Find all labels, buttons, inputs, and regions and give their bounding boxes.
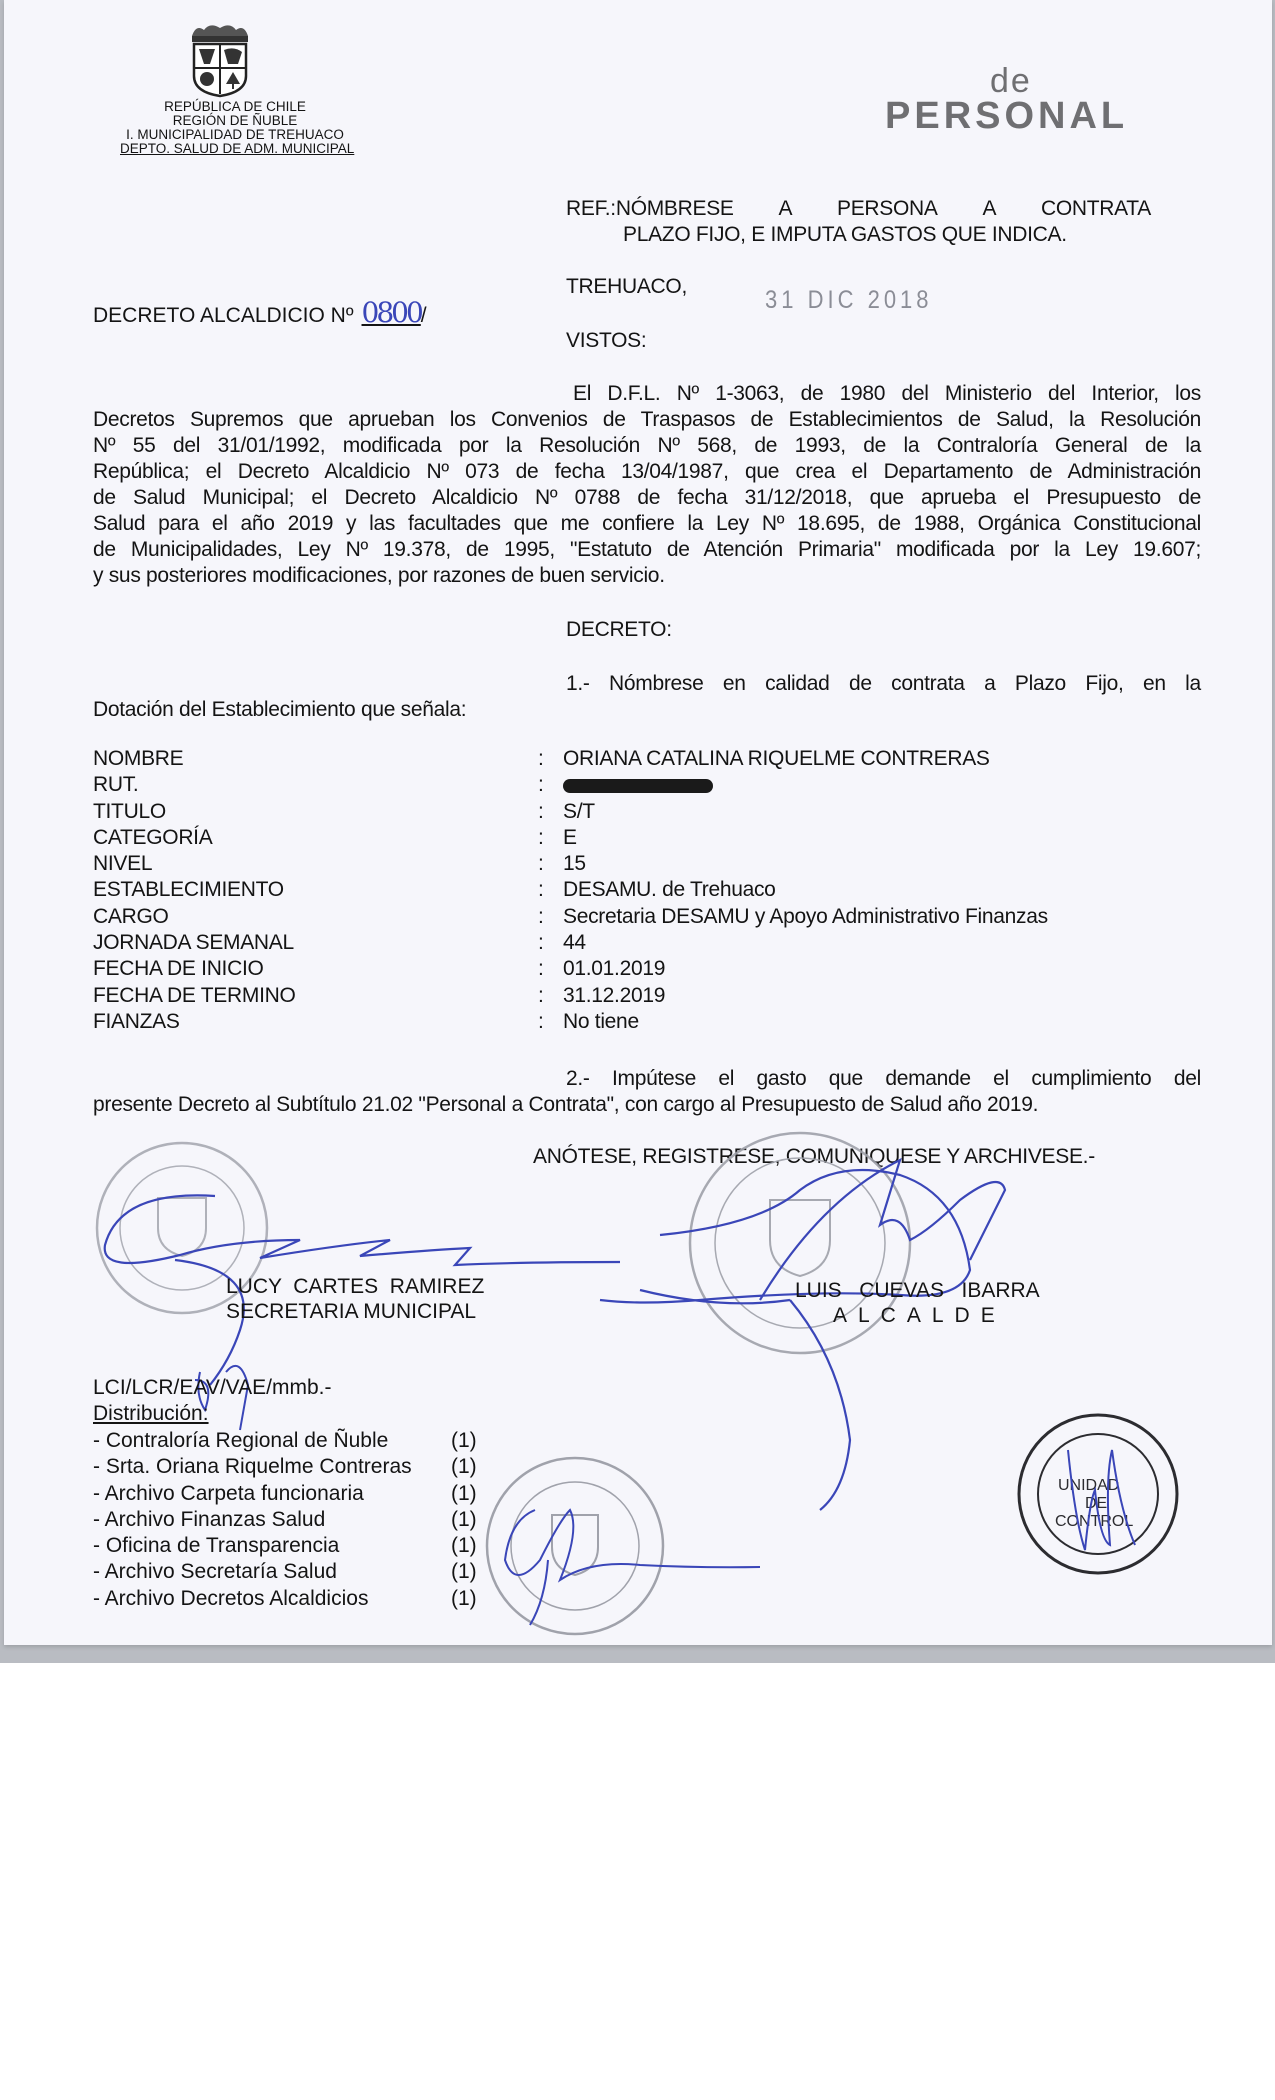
copies: (1) — [451, 1533, 477, 1559]
stamp-main-text: PERSONAL — [885, 95, 1128, 138]
word: Nómbrese — [609, 671, 703, 697]
header-line: DEPTO. SALUD DE ADM. MUNICIPAL — [120, 142, 350, 156]
field-label: FECHA DE INICIO — [93, 956, 538, 982]
paragraph-line: República; el Decreto Alcaldicio Nº 073 … — [93, 459, 1201, 485]
copies: (1) — [451, 1428, 477, 1454]
field-value: ORIANA CATALINA RIQUELME CONTRERAS — [563, 746, 990, 772]
word: Fijo, — [1085, 671, 1123, 697]
field-separator: : — [538, 746, 563, 772]
closing-formula: ANÓTESE, REGISTRESE, COMUNIQUESE Y ARCHI… — [533, 1144, 1095, 1170]
field-separator: : — [538, 956, 563, 982]
field-row: FECHA DE TERMINO:31.12.2019 — [93, 983, 1048, 1009]
field-separator: : — [538, 799, 563, 825]
field-row: TITULO:S/T — [93, 799, 1048, 825]
reference-line-1: REF.:NÓMBRESE A PERSONA A CONTRATA — [566, 196, 1151, 222]
signature-block-secretaria: LUCY CARTES RAMIREZ SECRETARIA MUNICIPAL — [226, 1274, 484, 1324]
field-value: DESAMU. de Trehuaco — [563, 877, 776, 903]
article-2-line-2: presente Decreto al Subtítulo 21.02 "Per… — [93, 1092, 1038, 1118]
field-row: RUT.: — [93, 772, 1048, 798]
recipient: - Oficina de Transparencia — [93, 1533, 451, 1559]
field-separator: : — [538, 772, 563, 798]
word: demande — [885, 1066, 970, 1092]
field-label: ESTABLECIMIENTO — [93, 877, 538, 903]
field-separator: : — [538, 983, 563, 1009]
paragraph-line: de Municipalidades, Ley Nº 19.378, de 19… — [93, 537, 1201, 563]
signer-title: SECRETARIA MUNICIPAL — [226, 1299, 484, 1324]
field-separator: : — [538, 877, 563, 903]
distribution-item: - Archivo Finanzas Salud(1) — [93, 1507, 477, 1533]
city: TREHUACO, — [566, 274, 687, 300]
distribution-item: - Archivo Carpeta funcionaria(1) — [93, 1481, 477, 1507]
decree-number: DECRETO ALCALDICIO Nº0800/ — [93, 300, 427, 329]
copies: (1) — [451, 1454, 477, 1480]
field-value: E — [563, 825, 577, 851]
signer-name: LUCY CARTES RAMIREZ — [226, 1274, 484, 1299]
paragraph-line: y sus posteriores modificaciones, por ra… — [93, 563, 1201, 589]
word: el — [993, 1066, 1009, 1092]
municipal-coat-of-arms-icon — [184, 22, 256, 98]
field-value: No tiene — [563, 1009, 639, 1035]
distribution-item: - Archivo Secretaría Salud(1) — [93, 1559, 477, 1585]
field-row: FECHA DE INICIO:01.01.2019 — [93, 956, 1048, 982]
copies: (1) — [451, 1481, 477, 1507]
field-row: ESTABLECIMIENTO:DESAMU. de Trehuaco — [93, 877, 1048, 903]
word: calidad — [765, 671, 829, 697]
field-value: 44 — [563, 930, 586, 956]
word: Plazo — [1015, 671, 1066, 697]
recipient: - Archivo Finanzas Salud — [93, 1507, 451, 1533]
appointment-details: NOMBRE:ORIANA CATALINA RIQUELME CONTRERA… — [93, 746, 1048, 1035]
issuing-authority: REPÚBLICA DE CHILE REGIÓN DE ÑUBLE I. MU… — [120, 100, 350, 156]
word: en — [1143, 671, 1166, 697]
signer-name: LUIS CUEVAS IBARRA — [795, 1278, 1040, 1303]
header-line: I. MUNICIPALIDAD DE TREHUACO — [120, 128, 350, 142]
word: el — [718, 1066, 734, 1092]
field-value: 31.12.2019 — [563, 983, 665, 1009]
decree-number-suffix: / — [421, 304, 427, 327]
word: del — [1174, 1066, 1201, 1092]
field-row: NIVEL:15 — [93, 851, 1048, 877]
decreto-heading: DECRETO: — [566, 617, 672, 643]
word: Impútese — [612, 1066, 696, 1092]
personal-stamp: de PERSONAL — [885, 62, 1128, 138]
ref-word: A — [982, 196, 996, 222]
field-separator: : — [538, 930, 563, 956]
recipient: - Srta. Oriana Riquelme Contreras — [93, 1454, 451, 1480]
distribution-item: - Archivo Decretos Alcaldicios(1) — [93, 1586, 477, 1612]
field-label: FIANZAS — [93, 1009, 538, 1035]
field-separator: : — [538, 904, 563, 930]
word: 2.- — [566, 1066, 590, 1092]
copies: (1) — [451, 1559, 477, 1585]
distribution-item: - Contraloría Regional de Ñuble(1) — [93, 1428, 477, 1454]
word: gasto — [757, 1066, 807, 1092]
word: en — [723, 671, 746, 697]
copies: (1) — [451, 1507, 477, 1533]
field-label: FECHA DE TERMINO — [93, 983, 538, 1009]
field-row: CATEGORÍA:E — [93, 825, 1048, 851]
recipient: - Archivo Carpeta funcionaria — [93, 1481, 451, 1507]
distribution-item: - Oficina de Transparencia(1) — [93, 1533, 477, 1559]
word: la — [1185, 671, 1201, 697]
article-2-line-1: 2.- Impútese el gasto que demande el cum… — [566, 1066, 1201, 1092]
ref-word: CONTRATA — [1041, 196, 1151, 222]
word: cumplimiento — [1031, 1066, 1151, 1092]
recipient: - Archivo Decretos Alcaldicios — [93, 1586, 451, 1612]
paragraph-line: Nº 55 del 31/01/1992, modificada por la … — [93, 433, 1201, 459]
field-separator: : — [538, 1009, 563, 1035]
header-line: REPÚBLICA DE CHILE — [120, 100, 350, 114]
field-label: NIVEL — [93, 851, 538, 877]
ref-word: PERSONA — [837, 196, 938, 222]
field-label: CATEGORÍA — [93, 825, 538, 851]
field-label: CARGO — [93, 904, 538, 930]
word: contrata — [891, 671, 964, 697]
word: de — [849, 671, 872, 697]
distribution-item: - Srta. Oriana Riquelme Contreras(1) — [93, 1454, 477, 1480]
field-value: S/T — [563, 799, 595, 825]
word: que — [829, 1066, 863, 1092]
recipient: - Contraloría Regional de Ñuble — [93, 1428, 451, 1454]
field-row: NOMBRE:ORIANA CATALINA RIQUELME CONTRERA… — [93, 746, 1048, 772]
word: a — [984, 671, 995, 697]
article-1-line-1: 1.- Nómbrese en calidad de contrata a Pl… — [566, 671, 1201, 697]
article-1-line-2: Dotación del Establecimiento que señala: — [93, 697, 466, 723]
distribution-list: - Contraloría Regional de Ñuble(1)- Srta… — [93, 1428, 477, 1612]
copies: (1) — [451, 1586, 477, 1612]
decree-number-label: DECRETO ALCALDICIO Nº — [93, 304, 354, 327]
field-row: JORNADA SEMANAL:44 — [93, 930, 1048, 956]
field-label: JORNADA SEMANAL — [93, 930, 538, 956]
redacted-value — [563, 779, 713, 793]
field-label: TITULO — [93, 799, 538, 825]
field-label: NOMBRE — [93, 746, 538, 772]
word: 1.- — [566, 671, 590, 697]
field-label: RUT. — [93, 772, 538, 798]
field-value: 15 — [563, 851, 586, 877]
decree-number-value: 0800 — [362, 296, 421, 329]
signer-title: ALCALDE — [833, 1303, 1040, 1328]
recipient: - Archivo Secretaría Salud — [93, 1559, 451, 1585]
field-row: CARGO:Secretaria DESAMU y Apoyo Administ… — [93, 904, 1048, 930]
paragraph-line: de Salud Municipal; el Decreto Alcaldici… — [93, 485, 1201, 511]
distribution-heading: Distribución: — [93, 1402, 209, 1426]
field-value: 01.01.2019 — [563, 956, 665, 982]
paragraph-line: Salud para el año 2019 y las facultades … — [93, 511, 1201, 537]
drafter-initials: LCI/LCR/EAV/VAE/mmb.- — [93, 1376, 331, 1400]
date-stamp: 31 DIC 2018 — [765, 285, 933, 315]
ref-word: A — [778, 196, 792, 222]
header-line: REGIÓN DE ÑUBLE — [120, 114, 350, 128]
field-value: Secretaria DESAMU y Apoyo Administrativo… — [563, 904, 1048, 930]
field-row: FIANZAS:No tiene — [93, 1009, 1048, 1035]
signature-block-alcalde: LUIS CUEVAS IBARRA ALCALDE — [795, 1278, 1040, 1328]
paragraph-line: El D.F.L. Nº 1-3063, de 1980 del Ministe… — [93, 381, 1201, 407]
paragraph-line: Decretos Supremos que aprueban los Conve… — [93, 407, 1201, 433]
reference-line-2: PLAZO FIJO, E IMPUTA GASTOS QUE INDICA. — [623, 222, 1067, 248]
vistos-paragraph: El D.F.L. Nº 1-3063, de 1980 del Ministe… — [93, 381, 1201, 589]
vistos-heading: VISTOS: — [566, 328, 646, 354]
field-separator: : — [538, 825, 563, 851]
field-separator: : — [538, 851, 563, 877]
ref-word: REF.:NÓMBRESE — [566, 196, 734, 222]
